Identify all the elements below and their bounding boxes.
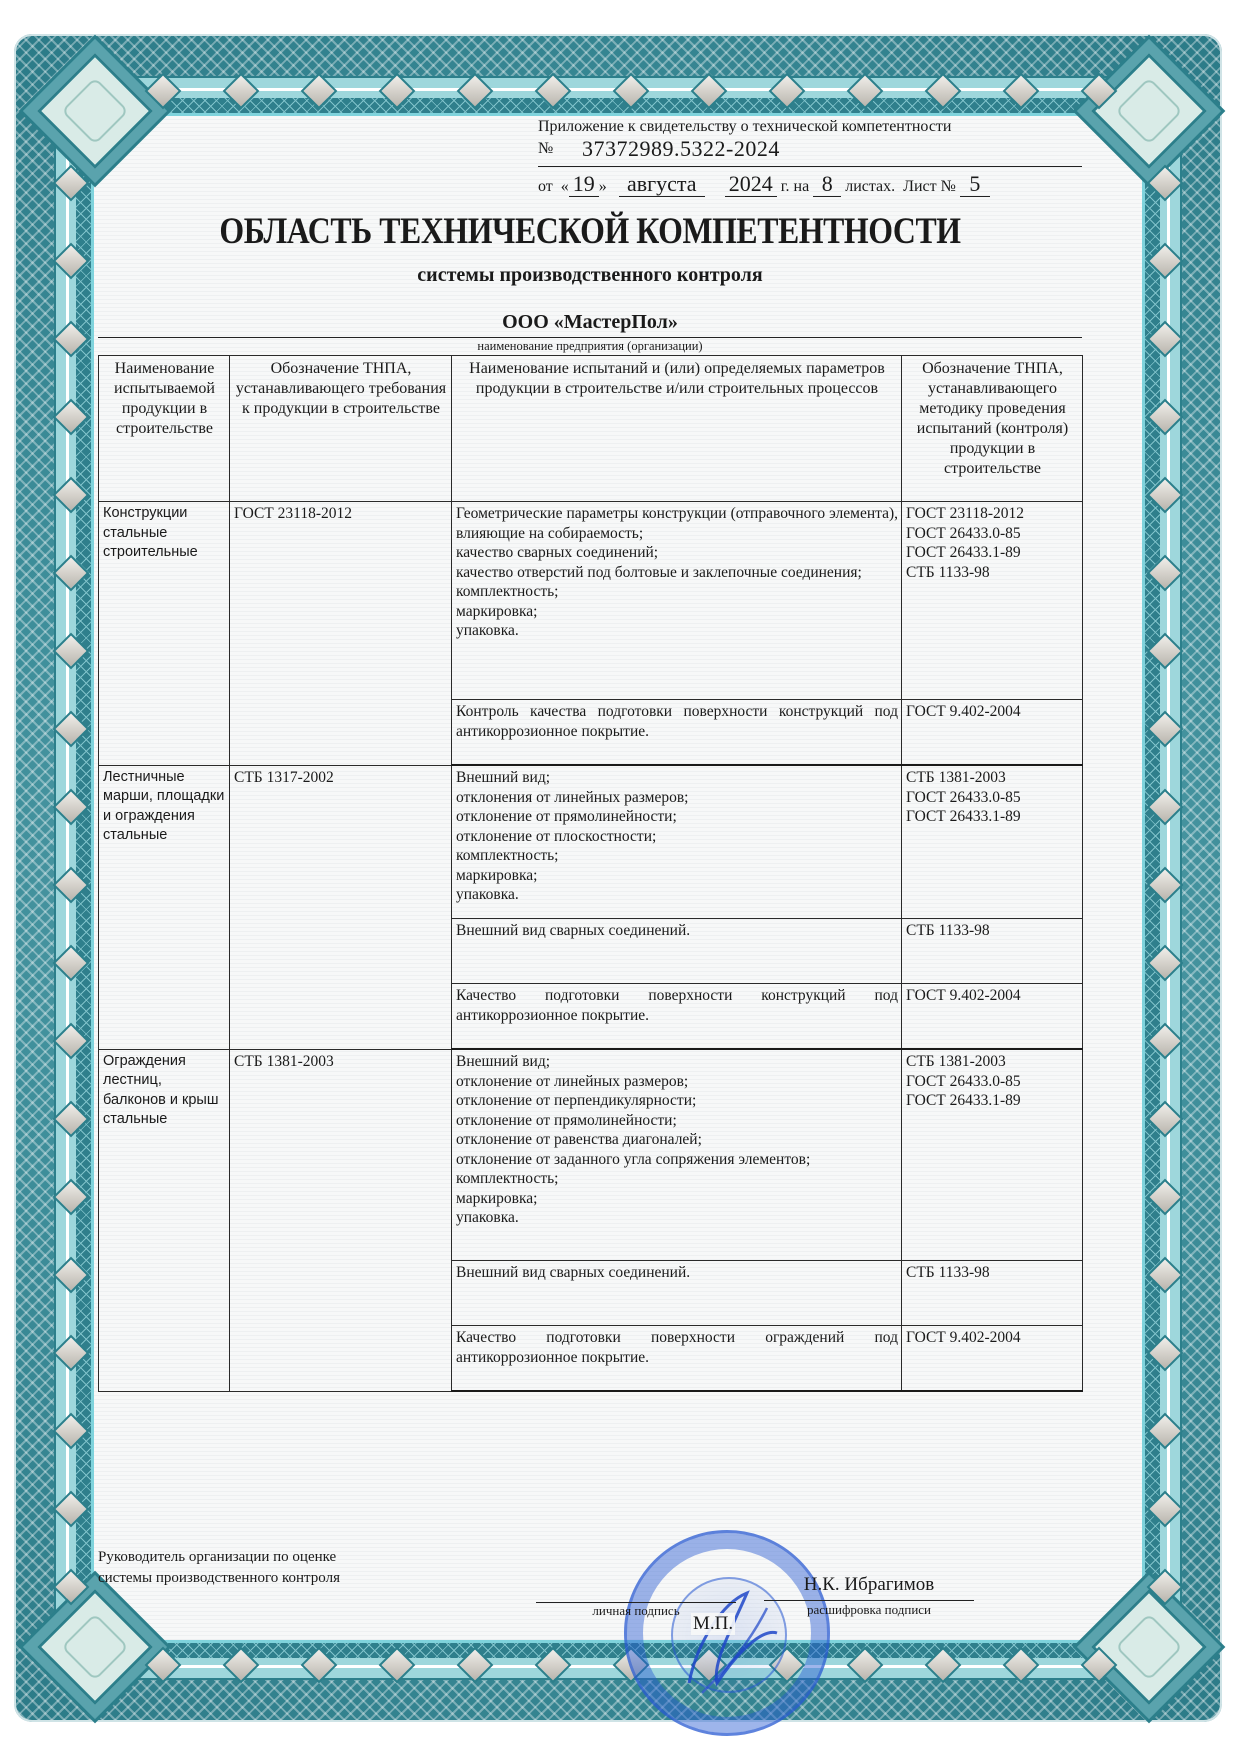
table-row: Ограждения лестниц, балконов и крыш стал… [99, 1049, 1083, 1261]
name-caption: расшифровка подписи [764, 1602, 974, 1618]
test-parameter: Внешний вид сварных соединений. [456, 1263, 898, 1283]
method-standard: ГОСТ 26433.0-85 [906, 788, 1079, 808]
test-parameter: Внешний вид; [456, 768, 898, 788]
header-requirement-standard: Обозначение ТНПА, устанавливающего требо… [230, 356, 452, 502]
test-parameter: Геометрические параметры конструкции (от… [456, 504, 898, 543]
test-parameters-cell: Внешний вид сварных соединений. [452, 1261, 902, 1326]
method-standard: ГОСТ 26433.1-89 [906, 807, 1079, 827]
test-parameter: комплектность; [456, 582, 898, 602]
sheet-number: 5 [960, 172, 990, 197]
test-parameter: отклонение от плоскостности; [456, 827, 898, 847]
method-standard: ГОСТ 26433.1-89 [906, 543, 1079, 563]
test-parameter: Контроль качества подготовки поверхности… [456, 702, 898, 741]
test-parameter: качество сварных соединений; [456, 543, 898, 563]
document-title: ОБЛАСТЬ ТЕХНИЧЕСКОЙ КОМПЕТЕНТНОСТИ [167, 210, 1013, 253]
method-standard: СТБ 1133-98 [906, 921, 1079, 941]
method-standard: СТБ 1381-2003 [906, 768, 1079, 788]
test-parameters-cell: Контроль качества подготовки поверхности… [452, 700, 902, 766]
requirement-standard-cell: ГОСТ 23118-2012 [230, 502, 452, 766]
test-parameter: отклонение от равенства диагоналей; [456, 1130, 898, 1150]
table-row: Конструкции стальные строительныеГОСТ 23… [99, 502, 1083, 700]
test-parameter: маркировка; [456, 602, 898, 622]
test-parameters-cell: Качество подготовки поверхности огражден… [452, 1326, 902, 1392]
method-standard: ГОСТ 26433.1-89 [906, 1091, 1079, 1111]
test-parameter: комплектность; [456, 1169, 898, 1189]
method-standard: СТБ 1133-98 [906, 1263, 1079, 1283]
test-parameter: маркировка; [456, 866, 898, 886]
test-parameter: Внешний вид сварных соединений. [456, 921, 898, 941]
date-year: 2024 [725, 172, 777, 197]
method-standard-cell: СТБ 1381-2003ГОСТ 26433.0-85ГОСТ 26433.1… [902, 1049, 1083, 1261]
method-standard: ГОСТ 9.402-2004 [906, 986, 1079, 1006]
test-parameter: упаковка. [456, 1208, 898, 1228]
test-parameter: отклонение от заданного угла сопряжения … [456, 1150, 898, 1170]
test-parameter: отклонение от прямолинейности; [456, 1111, 898, 1131]
total-sheets: 8 [813, 172, 841, 197]
organization-caption: наименование предприятия (организации) [98, 339, 1082, 354]
certificate-number: 37372989.5322-2024 [582, 136, 780, 162]
signatory-position: Руководитель организации по оценке систе… [98, 1547, 340, 1589]
date-prefix: от [538, 178, 553, 195]
test-parameters-cell: Качество подготовки поверхности конструк… [452, 984, 902, 1050]
method-standard: ГОСТ 9.402-2004 [906, 1328, 1079, 1348]
test-parameter: маркировка; [456, 1189, 898, 1209]
organization-underline [98, 337, 1082, 338]
header-method-standard: Обозначение ТНПА, устанавливающего метод… [902, 356, 1083, 502]
test-parameters-cell: Внешний вид;отклонение от линейных разме… [452, 1049, 902, 1261]
header-product: Наименование испытываемой продукции в ст… [99, 356, 230, 502]
header-tests: Наименование испытаний и (или) определяе… [452, 356, 902, 502]
document-subtitle: системы производственного контроля [98, 264, 1082, 287]
product-cell: Лестничные марши, площадки и ограждения … [99, 765, 230, 1049]
method-standard-cell: ГОСТ 23118-2012ГОСТ 26433.0-85ГОСТ 26433… [902, 502, 1083, 700]
test-parameter: отклонение от перпендикулярности; [456, 1091, 898, 1111]
method-standard-cell: СТБ 1133-98 [902, 1261, 1083, 1326]
appendix-label: Приложение к свидетельству о технической… [538, 118, 951, 136]
certificate-number-line: № 37372989.5322-2024 [538, 140, 1082, 167]
method-standard: ГОСТ 9.402-2004 [906, 702, 1079, 722]
competence-scope-table: Наименование испытываемой продукции в ст… [98, 355, 1083, 1392]
table-row: Лестничные марши, площадки и ограждения … [99, 765, 1083, 919]
test-parameter: отклонение от прямолинейности; [456, 807, 898, 827]
number-sign: № [538, 140, 553, 157]
test-parameters-cell: Внешний вид сварных соединений. [452, 919, 902, 984]
test-parameter: Качество подготовки поверхности конструк… [456, 986, 898, 1025]
test-parameter: отклонения от линейных размеров; [456, 788, 898, 808]
method-standard: ГОСТ 26433.0-85 [906, 1072, 1079, 1092]
method-standard-cell: СТБ 1381-2003ГОСТ 26433.0-85ГОСТ 26433.1… [902, 765, 1083, 919]
product-cell: Ограждения лестниц, балконов и крыш стал… [99, 1049, 230, 1391]
signatory-position-line1: Руководитель организации по оценке [98, 1547, 340, 1568]
method-standard: ГОСТ 23118-2012 [906, 504, 1079, 524]
method-standard: СТБ 1381-2003 [906, 1052, 1079, 1072]
sheets-word: листах. [845, 178, 895, 195]
date-day: 19 [569, 172, 599, 197]
test-parameter: Внешний вид; [456, 1052, 898, 1072]
method-standard-cell: ГОСТ 9.402-2004 [902, 984, 1083, 1050]
signatory-name: Н.К. Ибрагимов [764, 1574, 974, 1596]
method-standard: ГОСТ 26433.0-85 [906, 524, 1079, 544]
date-line: от «19» августа 2024 г. на 8 листах. Лис… [538, 172, 1082, 197]
test-parameter: Качество подготовки поверхности огражден… [456, 1328, 898, 1367]
requirement-standard-cell: СТБ 1381-2003 [230, 1049, 452, 1391]
test-parameter: упаковка. [456, 621, 898, 641]
method-standard-cell: ГОСТ 9.402-2004 [902, 700, 1083, 766]
test-parameter: упаковка. [456, 885, 898, 905]
year-suffix: г. на [781, 178, 809, 195]
method-standard: СТБ 1133-98 [906, 563, 1079, 583]
test-parameter: комплектность; [456, 846, 898, 866]
test-parameter: отклонение от линейных размеров; [456, 1072, 898, 1092]
product-cell: Конструкции стальные строительные [99, 502, 230, 766]
seal-mark: М.П. [691, 1613, 735, 1635]
organization-name: ООО «МастерПол» [98, 311, 1082, 334]
requirement-standard-cell: СТБ 1317-2002 [230, 765, 452, 1049]
method-standard-cell: СТБ 1133-98 [902, 919, 1083, 984]
method-standard-cell: ГОСТ 9.402-2004 [902, 1326, 1083, 1392]
table-header-row: Наименование испытываемой продукции в ст… [99, 356, 1083, 502]
test-parameters-cell: Внешний вид;отклонения от линейных разме… [452, 765, 902, 919]
date-month: августа [619, 172, 705, 197]
sheet-label: Лист № [903, 178, 956, 195]
name-line [764, 1600, 974, 1601]
test-parameter: качество отверстий под болтовые и заклеп… [456, 563, 898, 583]
table-body: Конструкции стальные строительныеГОСТ 23… [99, 502, 1083, 1392]
test-parameters-cell: Геометрические параметры конструкции (от… [452, 502, 902, 700]
signatory-position-line2: системы производственного контроля [98, 1568, 340, 1589]
